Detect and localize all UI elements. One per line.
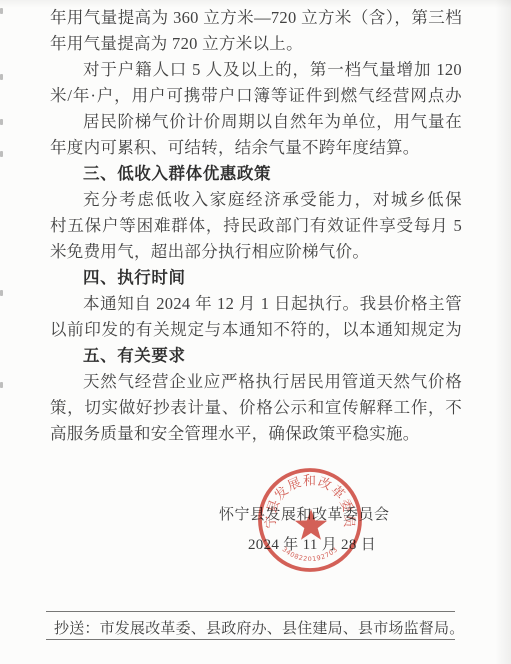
scan-artifact — [0, 151, 3, 157]
section-heading: 三、低收入群体优惠政策 — [50, 161, 462, 187]
document-line: 年度内可累积、可结转，结余气量不跨年度结算。 — [50, 135, 462, 161]
document-line: 米/年·户，用户可携带户口簿等证件到燃气经营网点办理。 — [50, 83, 462, 109]
star-icon — [295, 509, 327, 540]
scan-artifact — [0, 74, 3, 80]
document-line: 高服务质量和安全管理水平，确保政策平稳实施。 — [50, 421, 462, 447]
document-line: 对于户籍人口 5 人及以上的，第一档气量增加 120 立方 — [50, 57, 462, 83]
official-seal: 怀宁县发展和改革委员会 3408220192703 — [252, 462, 368, 578]
section-heading: 四、执行时间 — [50, 265, 462, 291]
document-line: 充分考虑低收入家庭经济承受能力，对城乡低保户、农 — [50, 187, 462, 213]
scanned-notice-page: 年用气量提高为 360 立方米—720 立方米（含），第三档每户年用气量提高为 … — [0, 0, 511, 664]
scan-artifact — [0, 290, 3, 296]
cc-list: 抄送：市发展改革委、县政府办、县住建局、县市场监督局。 — [54, 617, 464, 638]
section-heading: 五、有关要求 — [50, 343, 462, 369]
document-line: 本通知自 2024 年 12 月 1 日起执行。我县价格主管部门 — [50, 291, 462, 317]
document-line: 年用气量提高为 720 立方米以上。 — [50, 31, 462, 57]
document-body: 年用气量提高为 360 立方米—720 立方米（含），第三档每户年用气量提高为 … — [50, 5, 462, 447]
footer-rule-top — [46, 611, 455, 612]
document-line: 居民阶梯气价计价周期以自然年为单位，用气量在同一 — [50, 109, 462, 135]
scan-artifact — [0, 382, 3, 388]
scan-artifact — [0, 8, 3, 14]
document-line: 策，切实做好抄表计量、价格公示和宣传解释工作，不断提 — [50, 395, 462, 421]
scan-artifact — [0, 119, 3, 125]
document-line: 米免费用气，超出部分执行相应阶梯气价。 — [50, 239, 462, 265]
document-line: 年用气量提高为 360 立方米—720 立方米（含），第三档每户 — [50, 5, 462, 31]
document-line: 以前印发的有关规定与本通知不符的，以本通知规定为准。 — [50, 317, 462, 343]
document-line: 村五保户等困难群体，持民政部门有效证件享受每月 5 立方 — [50, 213, 462, 239]
footer-rule-bottom — [46, 639, 455, 640]
scan-edge-shade-right — [495, 0, 511, 664]
document-line: 天然气经营企业应严格执行居民用管道天然气价格政 — [50, 369, 462, 395]
seal-serial-wrap: 3408220192703 — [281, 545, 340, 563]
seal-serial: 3408220192703 — [281, 545, 340, 563]
